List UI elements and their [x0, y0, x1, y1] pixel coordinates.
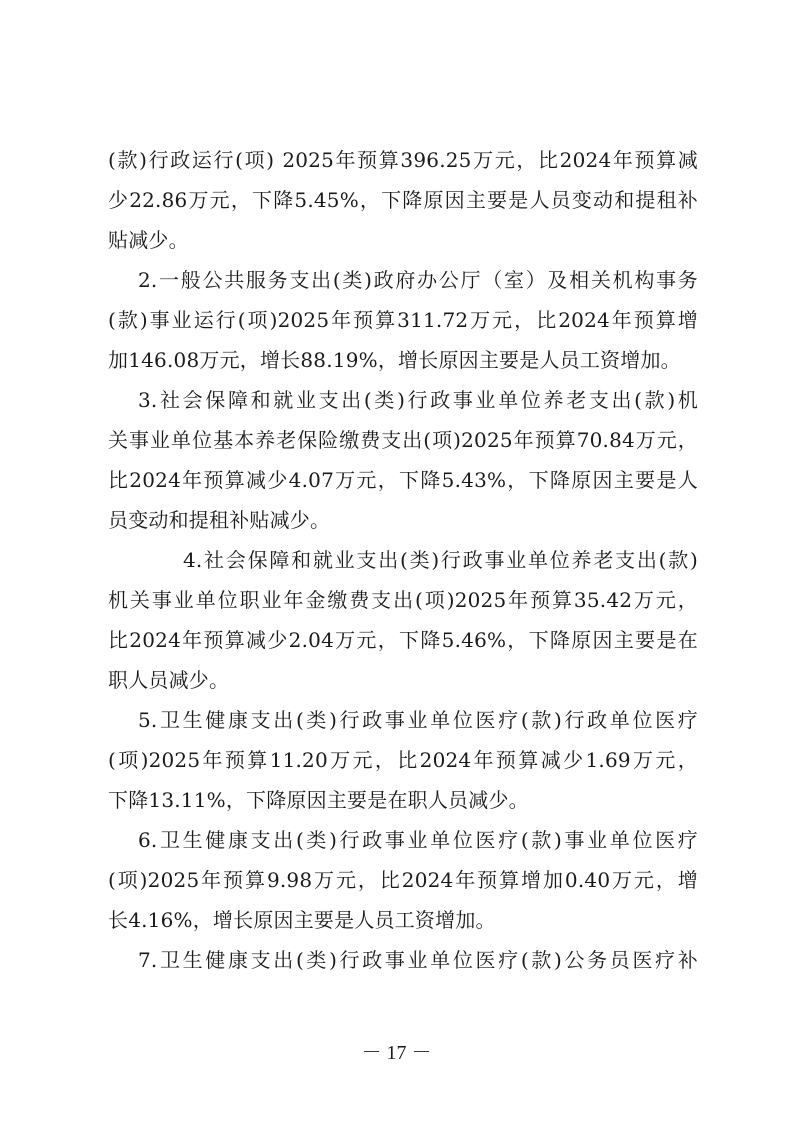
document-body: (款)行政运行(项) 2025年预算396.25万元，比2024年预算减 少22… [108, 140, 698, 980]
text-line: 关事业单位基本养老保险缴费支出(项)2025年预算70.84万元， [108, 420, 698, 460]
paragraph-4: 4.社会保障和就业支出(类)行政事业单位养老支出(款) 机关事业单位职业年金缴费… [108, 540, 698, 700]
text-line: 3.社会保障和就业支出(类)行政事业单位养老支出(款)机 [108, 380, 698, 420]
paragraph-6: 6.卫生健康支出(类)行政事业单位医疗(款)事业单位医疗 (项)2025年预算9… [108, 820, 698, 940]
text-line: 少22.86万元，下降5.45%，下降原因主要是人员变动和提租补 [108, 180, 698, 220]
text-line: 4.社会保障和就业支出(类)行政事业单位养老支出(款) [108, 540, 698, 580]
paragraph-1-continued: (款)行政运行(项) 2025年预算396.25万元，比2024年预算减 少22… [108, 140, 698, 260]
text-line: 7.卫生健康支出(类)行政事业单位医疗(款)公务员医疗补 [108, 940, 698, 980]
text-line: (款)事业运行(项)2025年预算311.72万元，比2024年预算增 [108, 300, 698, 340]
text-line: 贴减少。 [108, 220, 698, 260]
text-line: 2.一般公共服务支出(类)政府办公厅（室）及相关机构事务 [108, 260, 698, 300]
text-line: 机关事业单位职业年金缴费支出(项)2025年预算35.42万元， [108, 580, 698, 620]
paragraph-7: 7.卫生健康支出(类)行政事业单位医疗(款)公务员医疗补 [108, 940, 698, 980]
text-line: 比2024年预算减少2.04万元，下降5.46%，下降原因主要是在 [108, 620, 698, 660]
page-number: － 17 － [0, 1036, 793, 1065]
text-line: (项)2025年预算11.20万元，比2024年预算减少1.69万元， [108, 740, 698, 780]
text-line: 比2024年预算减少4.07万元，下降5.43%，下降原因主要是人 [108, 460, 698, 500]
text-line: 职人员减少。 [108, 660, 698, 700]
text-line: 下降13.11%，下降原因主要是在职人员减少。 [108, 780, 698, 820]
paragraph-5: 5.卫生健康支出(类)行政事业单位医疗(款)行政单位医疗 (项)2025年预算1… [108, 700, 698, 820]
paragraph-2: 2.一般公共服务支出(类)政府办公厅（室）及相关机构事务 (款)事业运行(项)2… [108, 260, 698, 380]
text-line: 员变动和提租补贴减少。 [108, 500, 698, 540]
text-line: 长4.16%，增长原因主要是人员工资增加。 [108, 900, 698, 940]
text-line: (项)2025年预算9.98万元，比2024年预算增加0.40万元，增 [108, 860, 698, 900]
text-line: 5.卫生健康支出(类)行政事业单位医疗(款)行政单位医疗 [108, 700, 698, 740]
text-line: (款)行政运行(项) 2025年预算396.25万元，比2024年预算减 [108, 140, 698, 180]
paragraph-3: 3.社会保障和就业支出(类)行政事业单位养老支出(款)机 关事业单位基本养老保险… [108, 380, 698, 540]
text-line: 加146.08万元，增长88.19%，增长原因主要是人员工资增加。 [108, 340, 698, 380]
text-line: 6.卫生健康支出(类)行政事业单位医疗(款)事业单位医疗 [108, 820, 698, 860]
